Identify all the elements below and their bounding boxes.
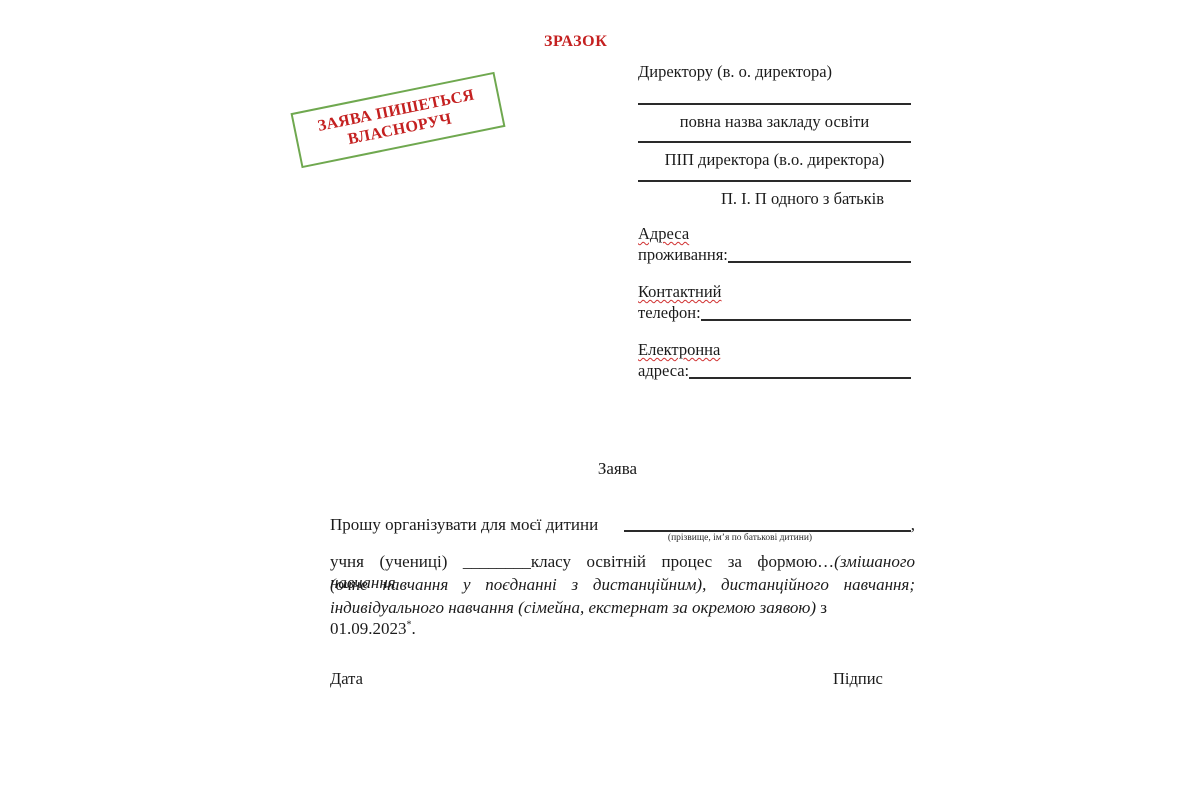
request-line: Прошу організувати для моєї дитини , [330,514,915,535]
address-field-group: Адреса проживання: [638,224,911,264]
body-line4: індивідуального навчання (сімейна, ексте… [330,597,915,639]
address-label-word1: Адреса [638,224,689,243]
address-label-word2: проживання: [638,245,728,264]
body-line3: (очне навчання у поєднанні з дистанційни… [330,574,915,595]
body-line2-regular: учня (учениці) ________класу освітній пр… [330,552,834,571]
email-label-word2: адреса: [638,361,689,380]
phone-field-group: Контактний телефон: [638,282,911,322]
sample-label: ЗРАЗОК [544,33,607,51]
phone-blank-line [701,303,911,321]
address-blank-line [728,245,911,263]
signature-label: Підпис [833,669,883,689]
request-text: Прошу організувати для моєї дитини [330,514,598,535]
handwritten-note-stamp: ЗАЯВА ПИШЕТЬСЯ ВЛАСНОРУЧ [291,72,506,168]
director-name-caption: ПІП директора (в.о. директора) [638,143,911,182]
body-line4-italic: індивідуального навчання (сімейна, ексте… [330,598,816,617]
child-name-caption: (прізвище, ім’я по батькові дитини) [625,533,855,544]
school-name-caption: повна назва закладу освіти [638,105,911,143]
email-field-group: Електронна адреса: [638,340,911,380]
phone-label-word2: телефон: [638,303,701,322]
request-comma: , [911,514,915,535]
email-label-word1: Електронна [638,340,720,359]
date-label: Дата [330,669,363,689]
parent-name-caption: П. І. П одного з батьків [638,182,911,209]
addressee-block: Директору (в. о. директора) повна назва … [638,62,911,209]
document-page: ЗРАЗОК ЗАЯВА ПИШЕТЬСЯ ВЛАСНОРУЧ Директор… [0,0,1200,800]
email-blank-line [689,361,911,379]
addressee-line: Директору (в. о. директора) [638,62,911,105]
phone-label-word1: Контактний [638,282,722,301]
body-line4-period: . [412,619,416,638]
child-name-blank-line [624,514,911,532]
application-title: Заява [330,459,905,479]
